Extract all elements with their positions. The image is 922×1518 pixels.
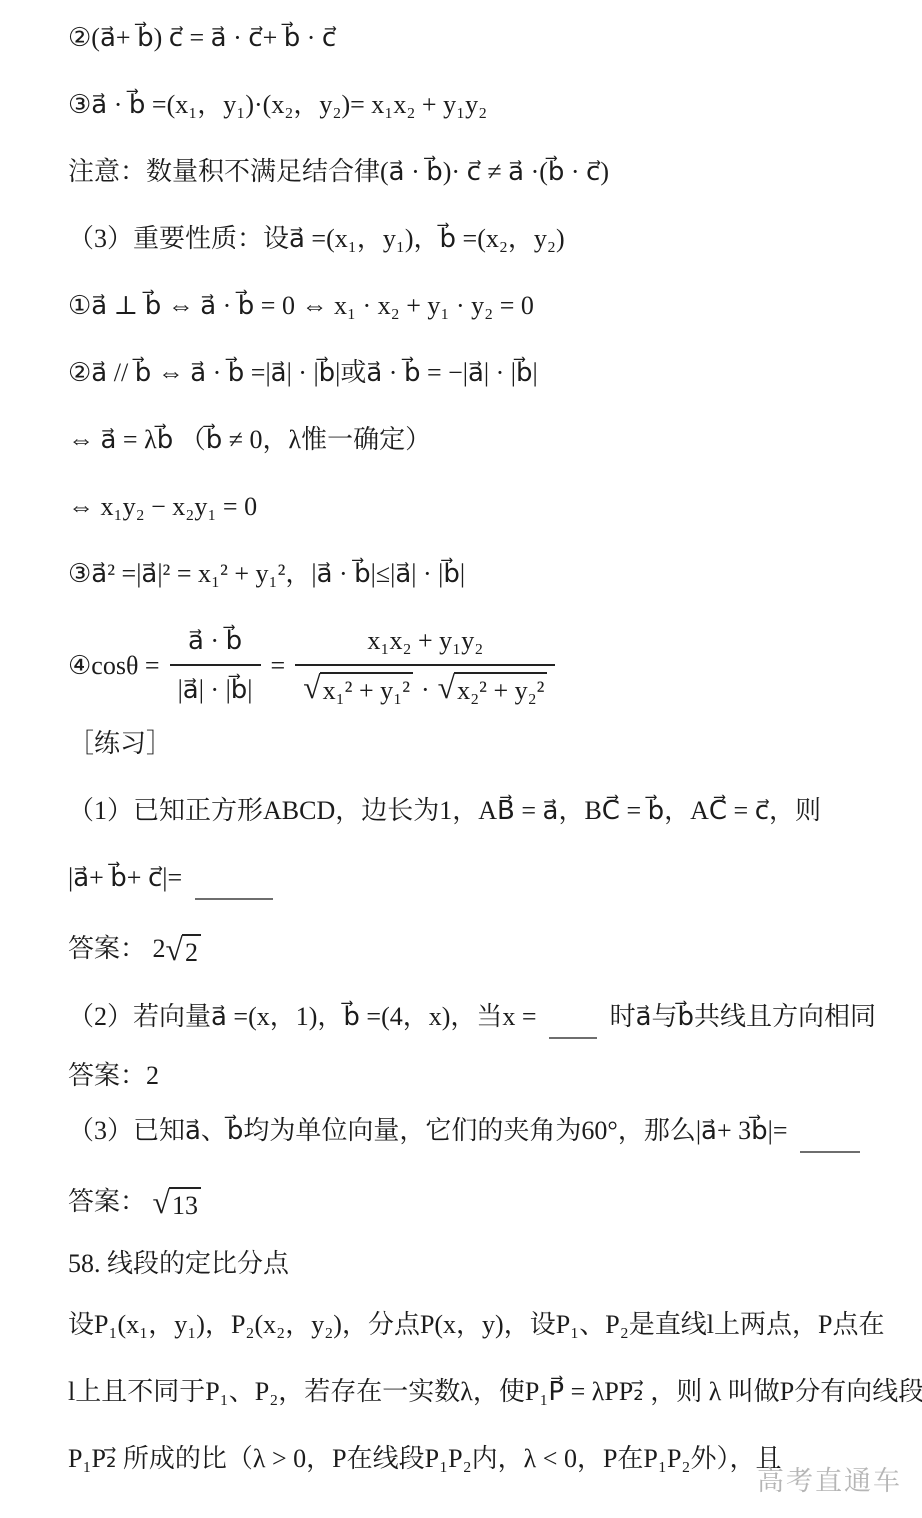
question-2-text: （2）若向量a⃗ =(x，1)，b⃗ =(4，x)，当x = 时a⃗与b⃗共线且… xyxy=(68,999,898,1039)
heading-section-58: 58. 线段的定比分点 xyxy=(68,1246,898,1282)
fraction-denominator: |a⃗| · |b⃗| xyxy=(170,664,261,708)
formula-cos-theta: ④cosθ = a⃗ · b⃗ |a⃗| · |b⃗| = x₁x₂ + y₁y… xyxy=(68,623,898,708)
square-root: √ x₂² + y₂² xyxy=(438,672,548,706)
document-page: ②(a⃗+ b⃗) c⃗ = a⃗ · c⃗+ b⃗ · c⃗ ③a⃗ · b⃗… xyxy=(0,0,922,1518)
formula-perpendicular: ①a⃗ ⊥ b⃗ ⇔ a⃗ · b⃗ = 0 ⇔ x₁ · x₂ + y₁ · … xyxy=(68,288,898,324)
formula-lambda-condition: ⇔ a⃗ = λb⃗ （b⃗ ≠ 0，λ惟一确定） xyxy=(68,422,898,458)
answer-label: 答案： xyxy=(68,1187,146,1216)
answer-2: 答案：2 xyxy=(68,1058,898,1094)
answer-blank xyxy=(549,1037,597,1039)
radicand: 13 xyxy=(169,1187,201,1221)
question-3-text: （3）已知a⃗、b⃗均为单位向量，它们的夹角为60°，那么|a⃗+ 3b⃗|= xyxy=(68,1113,898,1153)
formula-cross-coordinate: ⇔ x₁y₂ − x₂y₁ = 0 xyxy=(68,489,898,525)
square-root: √2 xyxy=(166,934,201,968)
radical-sign: √ xyxy=(438,672,455,704)
question-text-part2: 时a⃗与b⃗共线且方向相同 xyxy=(610,1002,876,1031)
paragraph-ratio-point-2: l上且不同于P₁、P₂，若存在一实数λ，使P₁P⃗ = λPP₂⃗ ，则 λ 叫… xyxy=(68,1374,898,1410)
answer-3: 答案： √13 xyxy=(68,1184,898,1221)
question-1-text: （1）已知正方形ABCD，边长为1，AB⃗ = a⃗，BC⃗ = b⃗，AC⃗ … xyxy=(68,793,898,829)
square-root: √ x₁² + y₁² xyxy=(303,672,413,706)
equals-sign: = xyxy=(271,648,286,684)
fraction-vector-form: a⃗ · b⃗ |a⃗| · |b⃗| xyxy=(170,623,261,708)
fraction-numerator: a⃗ · b⃗ xyxy=(180,623,250,664)
radical-sign: √ xyxy=(166,934,183,966)
question-text-part1: （2）若向量a⃗ =(x，1)，b⃗ =(4，x)，当x = xyxy=(68,1002,537,1031)
watermark-gaokao-express: 高考直通车 xyxy=(757,1459,902,1498)
dot-operator: · xyxy=(421,672,430,708)
fraction-denominator: √ x₁² + y₁² · √ x₂² + y₂² xyxy=(295,664,555,708)
radical-sign: √ xyxy=(153,1187,170,1219)
heading-important-properties: （3）重要性质：设a⃗ =(x₁，y₁)，b⃗ =(x₂，y₂) xyxy=(68,221,898,257)
square-root: √13 xyxy=(153,1187,201,1221)
paragraph-ratio-point-1: 设P₁(x₁，y₁)，P₂(x₂，y₂)，分点P(x，y)，设P₁、P₂是直线l… xyxy=(68,1307,898,1343)
radical-sign: √ xyxy=(303,672,320,704)
question-1-expression: |a⃗+ b⃗+ c⃗|= xyxy=(68,860,898,900)
formula-coordinate-dot-product: ③a⃗ · b⃗ =(x₁，y₁)·(x₂，y₂)= x₁x₂ + y₁y₂ xyxy=(68,87,898,123)
radicand: 2 xyxy=(182,934,201,968)
answer-1: 答案： 2√2 xyxy=(68,931,898,968)
radicand: x₁² + y₁² xyxy=(320,672,413,706)
expression-text: |a⃗+ b⃗+ c⃗|= xyxy=(68,863,182,892)
question-text: （3）已知a⃗、b⃗均为单位向量，它们的夹角为60°，那么|a⃗+ 3b⃗|= xyxy=(68,1116,788,1145)
formula-parallel: ②a⃗ // b⃗ ⇔ a⃗ · b⃗ =|a⃗| · |b⃗|或a⃗ · b⃗… xyxy=(68,355,898,391)
answer-coefficient: 2 xyxy=(153,934,166,963)
answer-blank xyxy=(800,1151,860,1153)
heading-practice: ［练习］ xyxy=(68,726,898,762)
fraction-numerator: x₁x₂ + y₁y₂ xyxy=(359,623,491,664)
cos-theta-prefix: ④cosθ = xyxy=(68,648,160,684)
formula-distributive-law: ②(a⃗+ b⃗) c⃗ = a⃗ · c⃗+ b⃗ · c⃗ xyxy=(68,20,898,56)
answer-blank xyxy=(195,898,273,900)
radicand: x₂² + y₂² xyxy=(454,672,547,706)
note-associativity: 注意：数量积不满足结合律(a⃗ · b⃗)· c⃗ ≠ a⃗ ·(b⃗ · c⃗… xyxy=(68,154,898,190)
formula-square-inequality: ③a⃗² =|a⃗|² = x₁² + y₁²，|a⃗ · b⃗|≤|a⃗| ·… xyxy=(68,556,898,592)
fraction-coordinate-form: x₁x₂ + y₁y₂ √ x₁² + y₁² · √ x₂² + y₂² xyxy=(295,623,555,708)
answer-label: 答案： xyxy=(68,934,146,963)
